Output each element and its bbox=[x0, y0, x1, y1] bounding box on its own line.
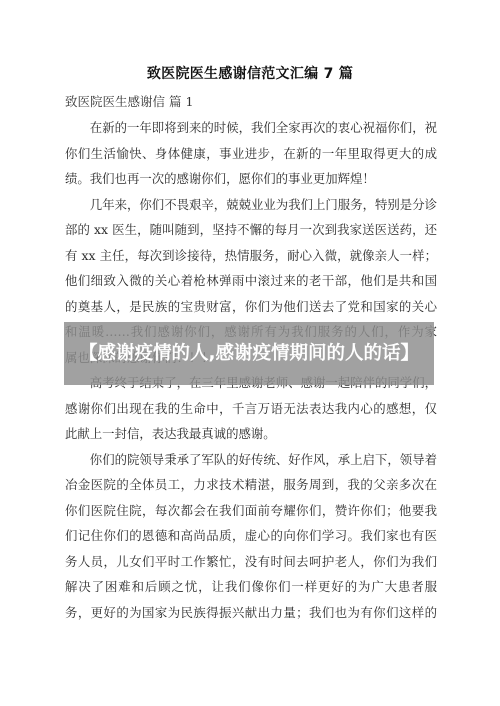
body-line: 在新的一年即将到来的时候，我们全家再次的衷心祝福你们，祝 bbox=[65, 115, 437, 141]
body-line: 解决了困难和后顾之忧，让我们像你们一样更好的为广大患者服 bbox=[65, 574, 437, 600]
body-line: 们记住你们的恩德和高尚品质，虚心的向你们学习。我们家也有医 bbox=[65, 523, 437, 549]
section-heading: 致医院医生感谢信 篇 1 bbox=[65, 92, 193, 110]
body-line: 他们细致入微的关心着枪林弹雨中滚过来的老干部，他们是共和国 bbox=[65, 268, 437, 294]
body-line: 部的 xx 医生，随叫随到，坚持不懈的每月一次到我家送医送药，还 bbox=[65, 217, 437, 243]
body-line: 此献上一封信，表达我最真诚的感谢。 bbox=[65, 421, 437, 447]
body-line: 有 xx 主任，每次到诊接待，热情服务，耐心入微，就像亲人一样； bbox=[65, 243, 437, 269]
body-line: 你们医院住院，每次都会在我们面前夸耀你们，赞许你们；他要我 bbox=[65, 498, 437, 524]
caption-text: 【感谢疫情的人,感谢疫情期间的人的话】 bbox=[73, 342, 425, 365]
body-line: 你们生活愉快、身体健康，事业进步，在新的一年里取得更大的成 bbox=[65, 141, 437, 167]
body-line: 你们的院领导秉承了军队的好传统、好作风，承上启下，领导着 bbox=[65, 447, 437, 473]
body-line: 务人员，儿女们平时工作繁忙，没有时间去呵护老人，你们为我们 bbox=[65, 549, 437, 575]
body-line: 的奠基人，是民族的宝贵财富，你们为他们送去了党和国家的关心 bbox=[65, 294, 437, 320]
body-line: 绩。我们也再一次的感谢你们，愿你们的事业更加辉煌！ bbox=[65, 166, 437, 192]
caption-overlay: 【感谢疫情的人,感谢疫情期间的人的话】 bbox=[64, 322, 434, 385]
document-page: 致医院医生感谢信范文汇编 7 篇 致医院医生感谢信 篇 1 在新的一年即将到来的… bbox=[0, 0, 500, 706]
body-line: 务，更好的为国家为民族得振兴献出力量；我们也为有你们这样的 bbox=[65, 600, 437, 626]
body-line: 感谢你们出现在我的生命中，千言万语无法表达我内心的感想，仅 bbox=[65, 396, 437, 422]
body-line: 冶金医院的全体员工，力求技术精湛，服务周到，我的父亲多次在 bbox=[65, 472, 437, 498]
document-title: 致医院医生感谢信范文汇编 7 篇 bbox=[0, 63, 500, 83]
body-line: 几年来，你们不畏艰辛，兢兢业业为我们上门服务，特别是分诊 bbox=[65, 192, 437, 218]
